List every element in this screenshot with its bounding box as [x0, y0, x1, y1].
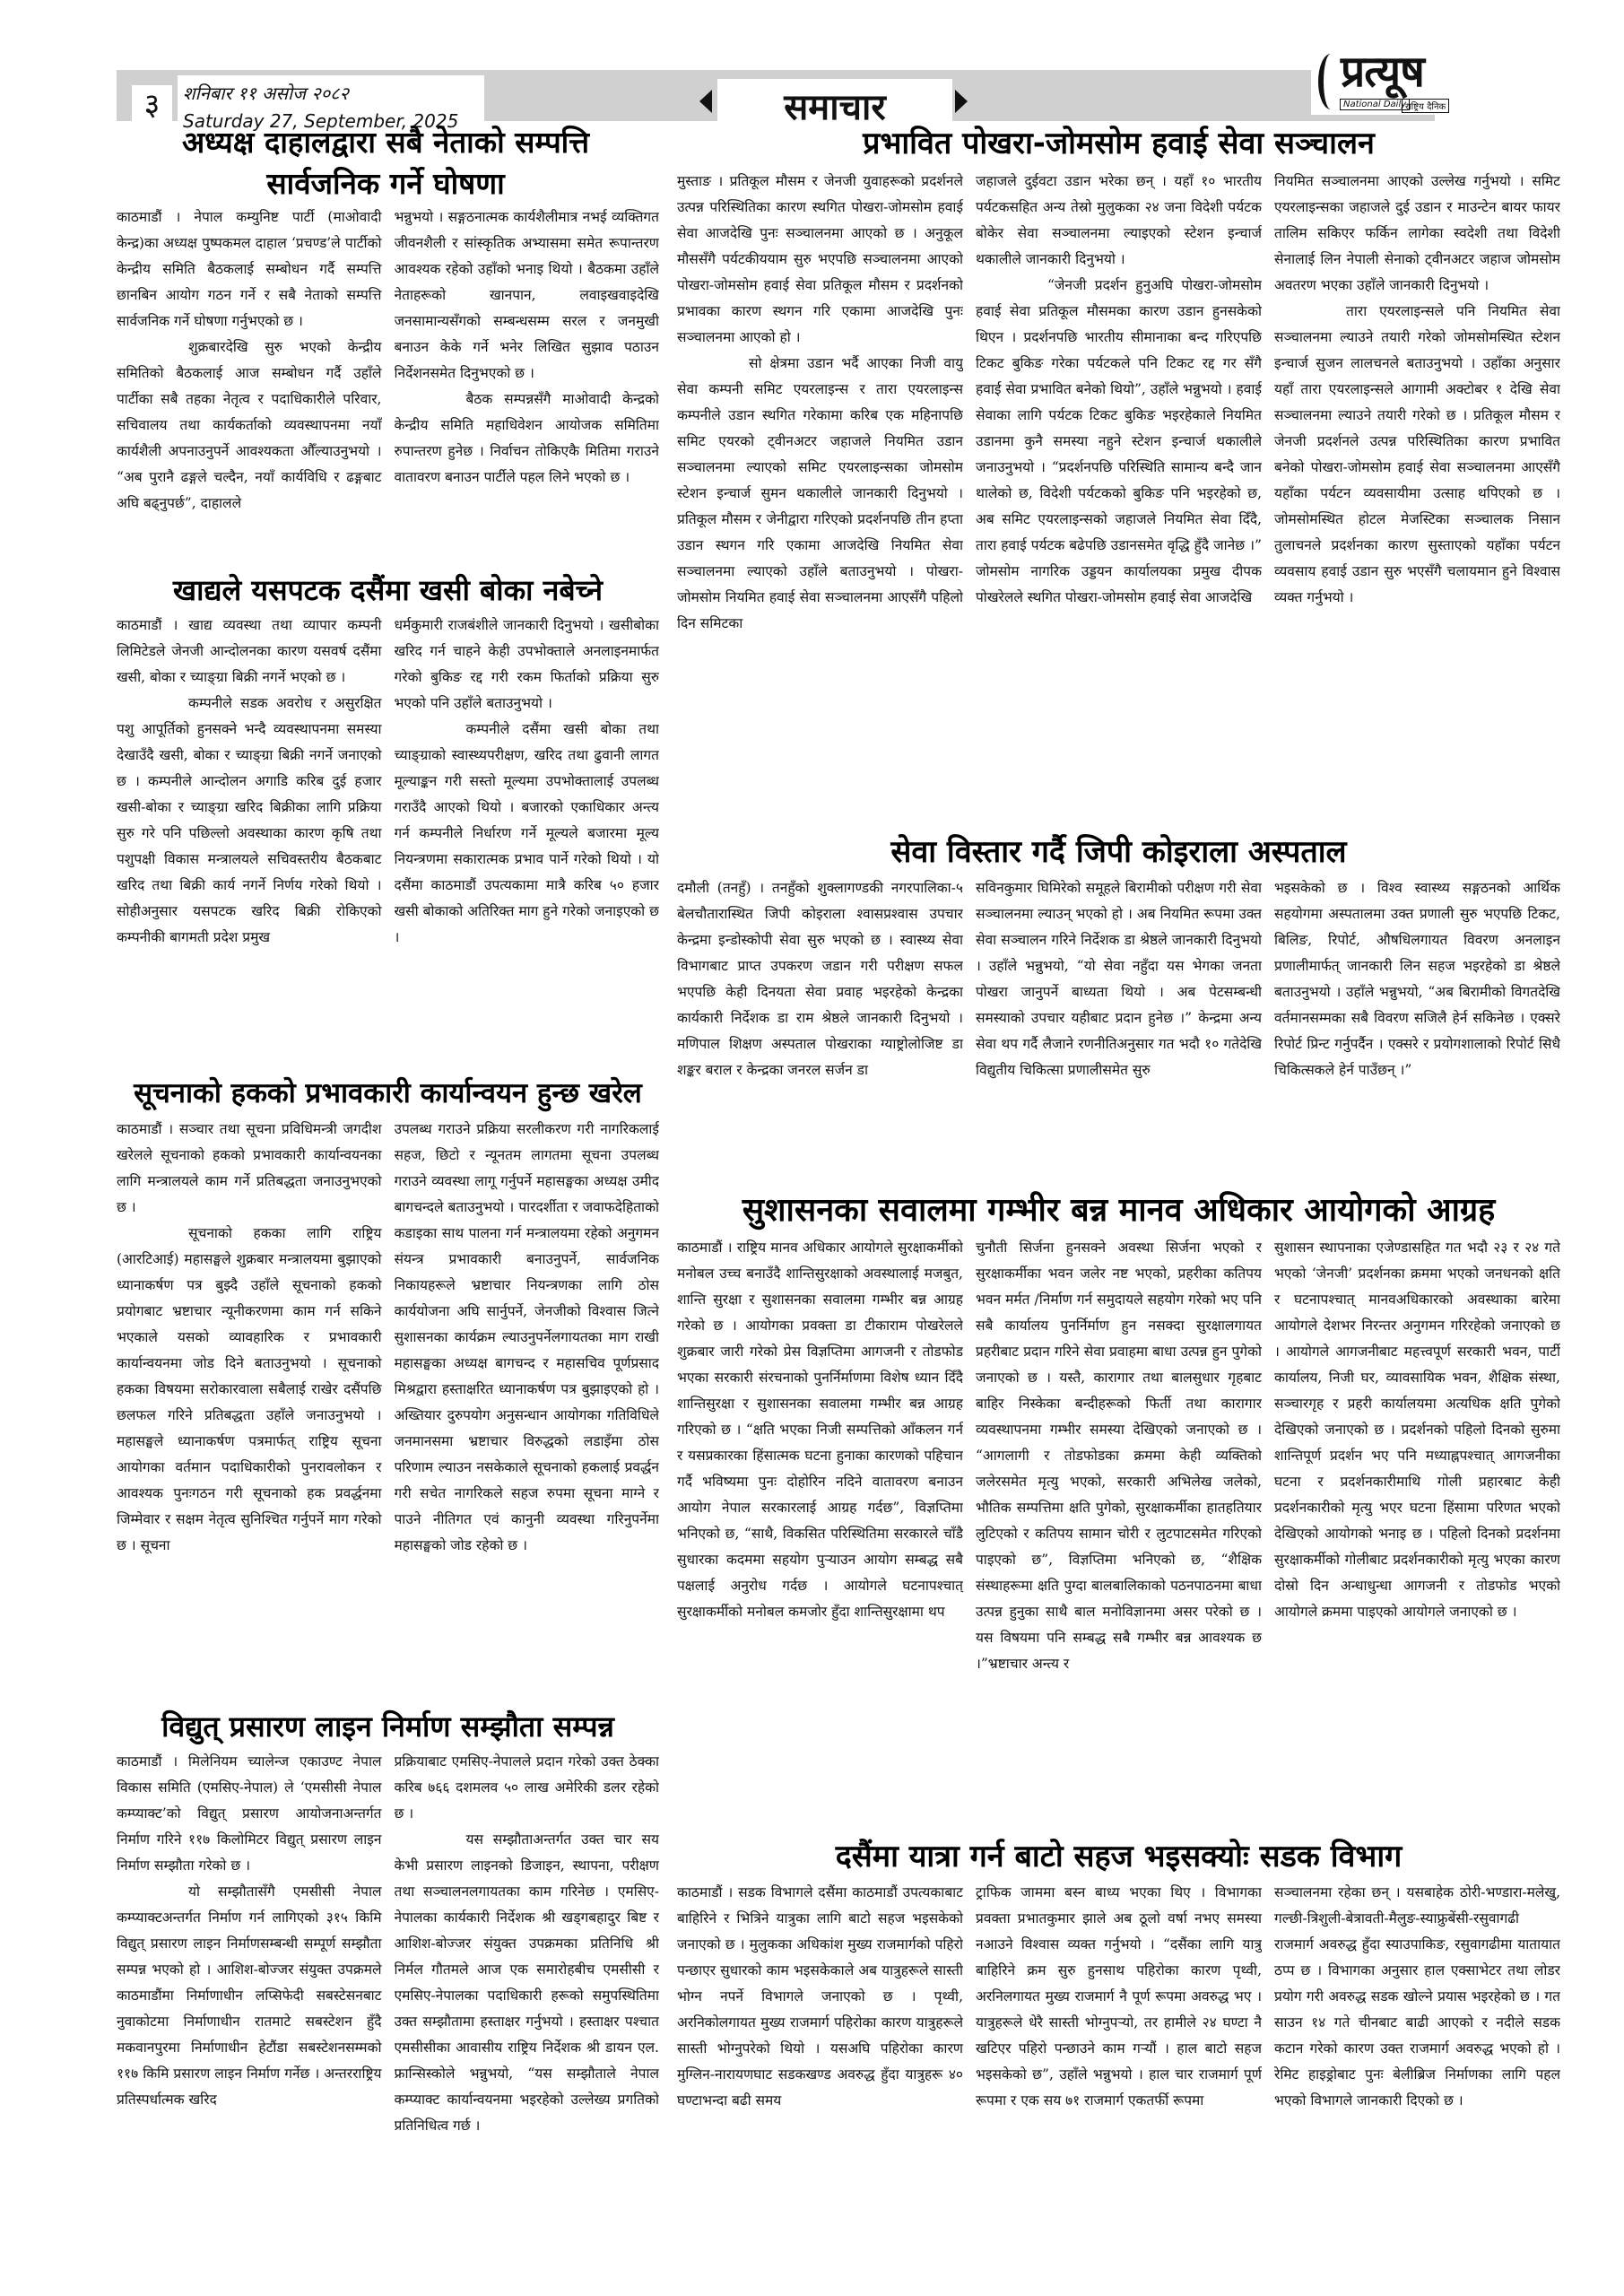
article-column: प्रक्रियाबाट एमसिए-नेपालले प्रदान गरेको …	[395, 1749, 660, 2251]
paragraph: प्रक्रियाबाट एमसिए-नेपालले प्रदान गरेको …	[395, 1749, 660, 1827]
paragraph: चुनौती सिर्जना हुनसक्ने अवस्था सिर्जना भ…	[976, 1235, 1262, 1677]
article-body: काठमाडौं । नेपाल कम्युनिष्ट पार्टी (माओव…	[117, 204, 659, 563]
article-column: काठमाडौं । खाद्य व्यवस्था तथा व्यापार कम…	[117, 613, 382, 1052]
paragraph: नियमित सञ्चालनमा आएको उल्लेख गर्नुभयो । …	[1274, 169, 1560, 299]
paragraph: तारा एयरलाइन्सले पनि नियमित सेवा सञ्चालन…	[1274, 299, 1560, 611]
article-body: मुस्ताङ । प्रतिकूल मौसम र जेनजी युवाहरूक…	[677, 169, 1560, 823]
paragraph: सविनकुमार घिमिरेको समूहले बिरामीको परीक्…	[976, 875, 1262, 1083]
article-headline: सूचनाको हकको प्रभावकारी कार्यान्वयन हुन्…	[117, 1074, 659, 1113]
triangle-right-icon	[955, 90, 968, 113]
logo-title: प्रत्यूष	[1341, 41, 1424, 100]
paragraph: सूचनाको हकका लागि राष्ट्रिय (आरटिआई) महा…	[117, 1221, 382, 1559]
triangle-left-icon	[699, 90, 712, 113]
article-column: दमौली (तनहुँ) । तनहुँको शुक्लागण्डकी नगर…	[677, 875, 963, 1180]
article-headline: विद्युत् प्रसारण लाइन निर्माण सम्झौता सम…	[117, 1707, 659, 1746]
paragraph: धर्मकुमारी राजबंशीले जानकारी दिनुभयो । ख…	[395, 613, 660, 717]
paragraph: ट्राफिक जाममा बस्न बाध्य भएका थिए । विभा…	[976, 1880, 1262, 2114]
article-headline: प्रभावित पोखरा-जोमसोम हवाई सेवा सञ्चालन	[677, 122, 1560, 165]
article-column: मुस्ताङ । प्रतिकूल मौसम र जेनजी युवाहरूक…	[677, 169, 963, 823]
article-headline: सेवा विस्तार गर्दै जिपी कोइराला अस्पताल	[677, 831, 1560, 874]
paragraph: बैठक सम्पन्नसँगै माओवादी केन्द्रको केन्द…	[395, 387, 660, 491]
date-nepali: शनिबार ११ असोज २०८२	[183, 81, 349, 105]
article-column: सविनकुमार घिमिरेको समूहले बिरामीको परीक्…	[976, 875, 1262, 1180]
paragraph: भइसकेको छ । विश्व स्वास्थ्य सङ्गठनको आर्…	[1274, 875, 1560, 1083]
paragraph: काठमाडौं । सडक विभागले दसैंमा काठमाडौं उ…	[677, 1880, 963, 2114]
paragraph: दमौली (तनहुँ) । तनहुँको शुक्लागण्डकी नगर…	[677, 875, 963, 1083]
paragraph: उपलब्ध गराउने प्रक्रिया सरलीकरण गरी नागर…	[395, 1117, 660, 1559]
paragraph: काठमाडौं । खाद्य व्यवस्था तथा व्यापार कम…	[117, 613, 382, 691]
article-body: दमौली (तनहुँ) । तनहुँको शुक्लागण्डकी नगर…	[677, 875, 1560, 1180]
article-column: काठमाडौं । मिलेनियम च्यालेन्ज एकाउण्ट ने…	[117, 1749, 382, 2251]
paragraph: शुक्रबारदेखि सुरु भएको केन्द्रीय समितिको…	[117, 335, 382, 517]
article-body: काठमाडौं । सडक विभागले दसैंमा काठमाडौं उ…	[677, 1880, 1560, 2248]
article-column: काठमाडौं । नेपाल कम्युनिष्ट पार्टी (माओव…	[117, 204, 382, 563]
article-headline: खाद्यले यसपटक दसैंमा खसी बोका नबेच्ने	[117, 570, 659, 610]
headline-line-1: अध्यक्ष दाहालद्वारा सबै नेताको सम्पत्ति	[117, 122, 655, 163]
paragraph: काठमाडौं । राष्ट्रिय मानव अधिकार आयोगले …	[677, 1235, 963, 1625]
paragraph: सुशासन स्थापनाका एजेण्डासहित गत भदौ २३ र…	[1274, 1235, 1560, 1625]
article-column: चुनौती सिर्जना हुनसक्ने अवस्था सिर्जना भ…	[976, 1235, 1262, 1827]
paragraph: कम्पनीले सडक अवरोध र असुरक्षित पशु आपूर्…	[117, 691, 382, 951]
article-headline: अध्यक्ष दाहालद्वारा सबै नेताको सम्पत्ति …	[117, 122, 655, 204]
article-column: भन्नुभयो । सङ्गठनात्मक कार्यशैलीमात्र नभ…	[395, 204, 660, 563]
article-column: ट्राफिक जाममा बस्न बाध्य भएका थिए । विभा…	[976, 1880, 1262, 2248]
article-body: काठमाडौं । सञ्चार तथा सूचना प्रविधिमन्त्…	[117, 1117, 659, 1691]
article-column: काठमाडौं । सञ्चार तथा सूचना प्रविधिमन्त्…	[117, 1117, 382, 1691]
logo-subtitle-en: National Daily	[1340, 99, 1410, 110]
article-column: नियमित सञ्चालनमा आएको उल्लेख गर्नुभयो । …	[1274, 169, 1560, 823]
paragraph: भन्नुभयो । सङ्गठनात्मक कार्यशैलीमात्र नभ…	[395, 204, 660, 387]
paragraph: काठमाडौं । सञ्चार तथा सूचना प्रविधिमन्त्…	[117, 1117, 382, 1221]
article-column: धर्मकुमारी राजबंशीले जानकारी दिनुभयो । ख…	[395, 613, 660, 1052]
article-column: जहाजले दुईवटा उडान भरेका छन् । यहाँ १० भ…	[976, 169, 1262, 823]
paragraph: मुस्ताङ । प्रतिकूल मौसम र जेनजी युवाहरूक…	[677, 169, 963, 351]
paragraph: “जेनजी प्रदर्शन हुनुअघि पोखरा-जोमसोम हवा…	[976, 273, 1262, 611]
article-column: काठमाडौं । सडक विभागले दसैंमा काठमाडौं उ…	[677, 1880, 963, 2248]
article-column: उपलब्ध गराउने प्रक्रिया सरलीकरण गरी नागर…	[395, 1117, 660, 1691]
article-headline: सुशासनका सवालमा गम्भीर बन्न मानव अधिकार …	[677, 1188, 1560, 1233]
article-body: काठमाडौं । राष्ट्रिय मानव अधिकार आयोगले …	[677, 1235, 1560, 1827]
paragraph: काठमाडौं । मिलेनियम च्यालेन्ज एकाउण्ट ने…	[117, 1749, 382, 1879]
article-column: सञ्चालनमा रहेका छन् । यसबाहेक ठोरी-भण्डा…	[1274, 1880, 1560, 2248]
paragraph: यस सम्झौताअन्तर्गत उक्त चार सय केभी प्रस…	[395, 1827, 660, 2139]
article-body: काठमाडौं । खाद्य व्यवस्था तथा व्यापार कम…	[117, 613, 659, 1052]
paragraph: सञ्चालनमा रहेका छन् । यसबाहेक ठोरी-भण्डा…	[1274, 1880, 1560, 2114]
paragraph: यो सम्झौतासँगै एमसीसी नेपाल कम्प्याक्टअन…	[117, 1879, 382, 2113]
article-column: सुशासन स्थापनाका एजेण्डासहित गत भदौ २३ र…	[1274, 1235, 1560, 1827]
page-number: ३	[132, 85, 172, 125]
article-column: भइसकेको छ । विश्व स्वास्थ्य सङ्गठनको आर्…	[1274, 875, 1560, 1180]
paragraph: काठमाडौं । नेपाल कम्युनिष्ट पार्टी (माओव…	[117, 204, 382, 335]
article-body: काठमाडौं । मिलेनियम च्यालेन्ज एकाउण्ट ने…	[117, 1749, 659, 2251]
headline-line-2: सार्वजनिक गर्ने घोषणा	[117, 163, 655, 204]
paragraph: सो क्षेत्रमा उडान भर्दै आएका निजी वायु स…	[677, 351, 963, 637]
article-headline: दसैंमा यात्रा गर्न बाटो सहज भइसक्योः सडक…	[677, 1835, 1560, 1878]
paragraph: जहाजले दुईवटा उडान भरेका छन् । यहाँ १० भ…	[976, 169, 1262, 273]
paragraph: कम्पनीले दसैंमा खसी बोका तथा च्याङ्ग्राक…	[395, 717, 660, 951]
article-column: काठमाडौं । राष्ट्रिय मानव अधिकार आयोगले …	[677, 1235, 963, 1827]
logo-subtitle-np: राष्ट्रिय दैनिक	[1402, 99, 1449, 113]
